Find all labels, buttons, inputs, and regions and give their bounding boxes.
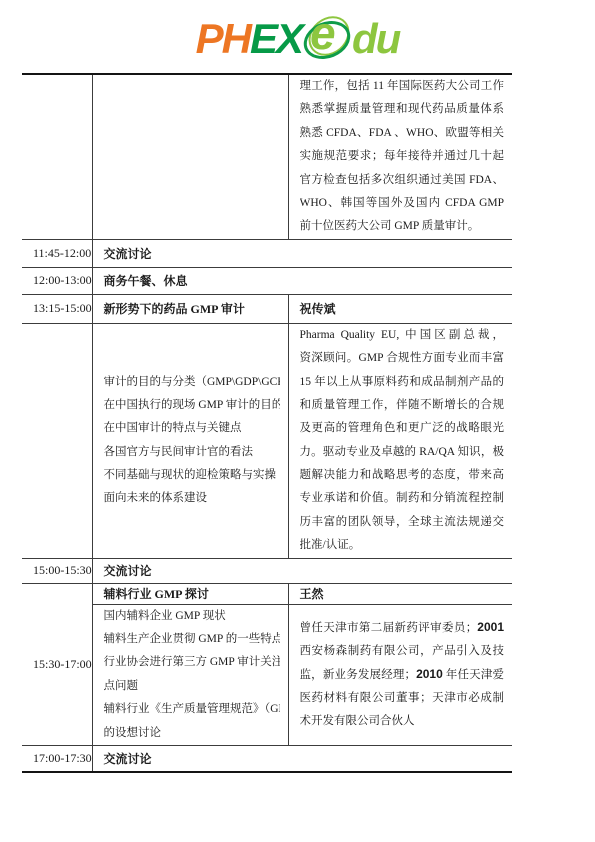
logo-globe-icon: e [303, 13, 349, 61]
text-line: 专业承诺和价值。制药和分销流程控制领域阅 [300, 487, 505, 510]
text-line: 批准/认证。 [300, 534, 505, 557]
text-line: 辅料生产企业贯彻 GMP 的一些特点 [104, 628, 280, 651]
text-line: 熟悉掌握质量管理和现代药品质量体系要求， [300, 98, 505, 121]
text-line: 审计的目的与分类（GMP\GDP\GCP） [104, 371, 280, 394]
row-continuation: 理工作，包括 11 年国际医药大公司工作经历；熟悉掌握质量管理和现代药品质量体系… [22, 74, 512, 239]
text-line: 曾任天津市第二届新药评审委员；2001 年任 [300, 616, 505, 639]
text-line: 面向未来的体系建设 [104, 487, 280, 510]
schedule-table: 理工作，包括 11 年国际医药大公司工作经历；熟悉掌握质量管理和现代药品质量体系… [22, 73, 512, 773]
time-cell: 13:15-15:00 [22, 294, 92, 323]
text-line: Pharma Quality EU, 中国区副总裁，PHEXCOM [300, 324, 505, 347]
time-cell: 12:00-13:00 [22, 267, 92, 294]
document-page: PHEXedu 理工作，包括 11 年国际医药大公司工作经历；熟悉掌握质量管理和… [0, 0, 595, 842]
text-line: 监，新业务发展经理；2010 年任天津爱勒易 [300, 663, 505, 686]
activity-label: 商务午餐、休息 [92, 267, 512, 294]
topic-cell-empty [92, 74, 288, 239]
time-cell-empty [22, 74, 92, 239]
text-line: 熟悉 CFDA、FDA 、WHO、欧盟等相关 GMP 具体 [300, 122, 505, 145]
row-discussion-1: 11:45-12:00 交流讨论 [22, 239, 512, 267]
activity-label: 交流讨论 [92, 745, 512, 772]
logo-text-ph: PH [196, 15, 250, 62]
text-line: 西安杨森制药有限公司，产品引入及技术总 [300, 640, 505, 663]
time-cell: 17:00-17:30 [22, 745, 92, 772]
text-line: 行业协会进行第三方 GMP 审计关注的重 [104, 651, 280, 674]
text-line: 15 年以上从事原料药和成品制剂产品的研发 [300, 371, 505, 394]
text-line: 的设想讨论 [104, 722, 280, 745]
text-line: 理工作，包括 11 年国际医药大公司工作经历； [300, 75, 505, 98]
text-line: WHO、韩国等国外及国内 CFDA GMP 检查和全球 [300, 192, 505, 215]
activity-label: 交流讨论 [92, 239, 512, 267]
time-cell-empty [22, 323, 92, 558]
text-line: 及更高的管理角色和更广泛的战略眼光和能 [300, 417, 505, 440]
topic-outline-cell: 审计的目的与分类（GMP\GDP\GCP）在中国执行的现场 GMP 审计的目的在… [92, 323, 288, 558]
row-session3-header: 15:30-17:00 辅料行业 GMP 探讨 王然 [22, 583, 512, 604]
text-line: 医药材料有限公司董事；天津市必成制药技 [300, 687, 505, 710]
time-cell: 15:00-15:30 [22, 558, 92, 583]
text-line: 力。驱动专业及卓越的 RA/QA 知识，极强的问 [300, 441, 505, 464]
row-session2-header: 13:15-15:00 新形势下的药品 GMP 审计 祝传斌 [22, 294, 512, 323]
text-line: 题解决能力和战略思考的态度，带来高水平的 [300, 464, 505, 487]
row-session2-detail: 审计的目的与分类（GMP\GDP\GCP）在中国执行的现场 GMP 审计的目的在… [22, 323, 512, 558]
logo-text-du: du [350, 15, 399, 62]
text-line: 不同基础与现状的迎检策略与实操 [104, 464, 280, 487]
topic-outline-cell: 国内辅料企业 GMP 现状辅料生产企业贯彻 GMP 的一些特点行业协会进行第三方… [92, 604, 288, 745]
row-discussion-3: 17:00-17:30 交流讨论 [22, 745, 512, 772]
text-line: 国内辅料企业 GMP 现状 [104, 605, 280, 628]
text-line: 资深顾问。GMP 合规性方面专业而丰富的经验， [300, 347, 505, 370]
logo-text-ex: EX [250, 15, 302, 62]
text-line: 前十位医药大公司 GMP 质量审计。 [300, 215, 505, 238]
session-speaker: 祝传斌 [288, 294, 512, 323]
phexedu-logo: PHEXedu [0, 0, 595, 73]
logo-text-e: e [310, 9, 334, 57]
text-line: 历丰富的团队领导，全球主流法规递交及相关 [300, 511, 505, 534]
speaker-bio-cell: 曾任天津市第二届新药评审委员；2001 年任西安杨森制药有限公司，产品引入及技术… [288, 604, 512, 745]
row-session3-detail: 国内辅料企业 GMP 现状辅料生产企业贯彻 GMP 的一些特点行业协会进行第三方… [22, 604, 512, 745]
text-line: 在中国执行的现场 GMP 审计的目的 [104, 394, 280, 417]
row-discussion-2: 15:00-15:30 交流讨论 [22, 558, 512, 583]
time-cell: 11:45-12:00 [22, 239, 92, 267]
text-line: 点问题 [104, 675, 280, 698]
text-line: 各国官方与民间审计官的看法 [104, 441, 280, 464]
text-line: 实施规范要求；每年接待并通过几十起客户和 [300, 145, 505, 168]
activity-label: 交流讨论 [92, 558, 512, 583]
session-speaker: 王然 [288, 583, 512, 604]
session-topic: 新形势下的药品 GMP 审计 [92, 294, 288, 323]
text-line: 术开发有限公司合伙人 [300, 710, 505, 733]
row-lunch: 12:00-13:00 商务午餐、休息 [22, 267, 512, 294]
text-line: 官方检查包括多次组织通过美国 FDA、欧盟、 [300, 169, 505, 192]
time-cell: 15:30-17:00 [22, 583, 92, 745]
text-line: 在中国审计的特点与关键点 [104, 417, 280, 440]
text-line: 和质量管理工作，伴随不断增长的合规性责任， [300, 394, 505, 417]
speaker-bio-cell: 理工作，包括 11 年国际医药大公司工作经历；熟悉掌握质量管理和现代药品质量体系… [288, 74, 512, 239]
session-topic: 辅料行业 GMP 探讨 [92, 583, 288, 604]
speaker-bio-cell: Pharma Quality EU, 中国区副总裁，PHEXCOM资深顾问。GM… [288, 323, 512, 558]
text-line: 辅料行业《生产质量管理规范》（GMP） [104, 698, 280, 721]
